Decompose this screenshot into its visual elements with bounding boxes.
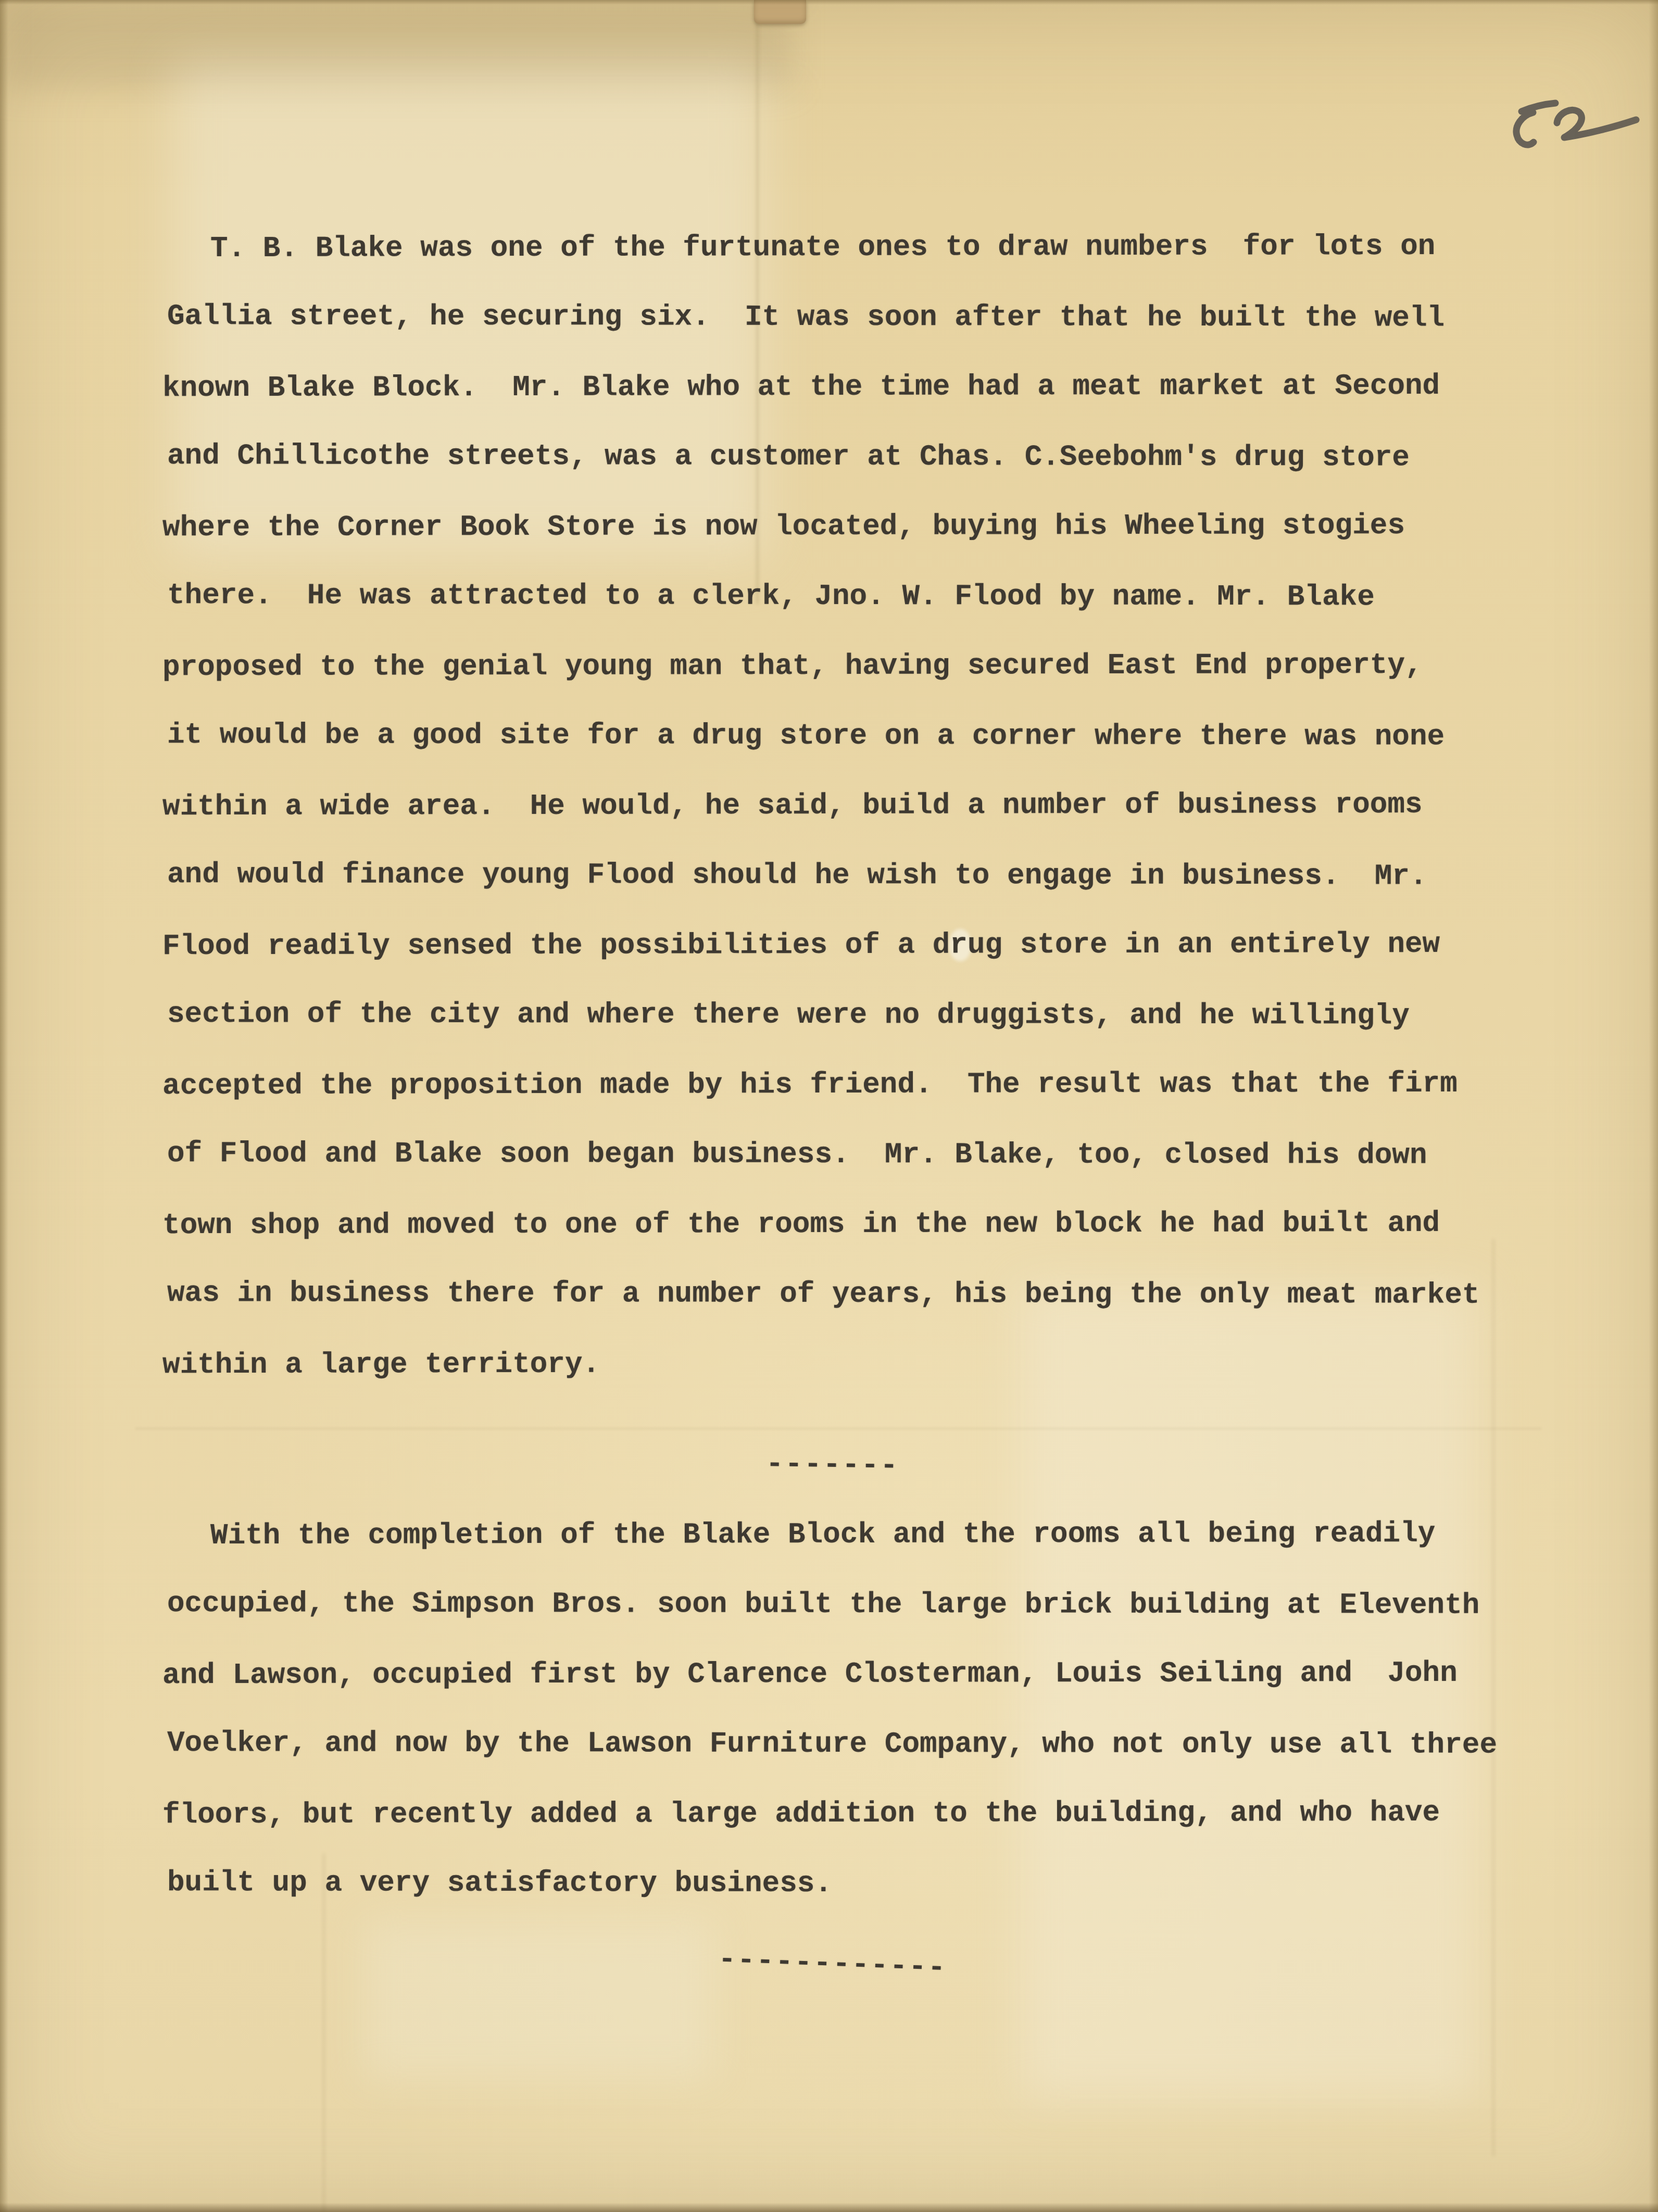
text-line: occupied, the Simpson Bros. soon built t…	[167, 1568, 1503, 1640]
text-line: Voelker, and now by the Lawson Furniture…	[167, 1708, 1503, 1780]
paper-edge-right	[1649, 0, 1658, 2212]
text-line: proposed to the genial young man that, h…	[162, 630, 1499, 702]
text-line: known Blake Block. Mr. Blake who at the …	[162, 351, 1499, 423]
text-line: accepted the proposition made by his fri…	[162, 1049, 1499, 1121]
text-line: of Flood and Blake soon began business. …	[167, 1118, 1503, 1190]
text-line: With the completion of the Blake Block a…	[162, 1499, 1499, 1570]
text-line: T. B. Blake was one of the furtunate one…	[162, 211, 1499, 283]
paper-tab	[754, 0, 806, 24]
paragraph-separator: -------	[164, 1421, 1501, 1509]
paper-edge-left	[0, 0, 8, 2212]
paper-shade-top	[0, 0, 792, 89]
end-separator: ------------	[164, 1903, 1501, 2024]
text-line: within a large territory.	[162, 1328, 1499, 1400]
text-line: and Chillicothe streets, was a customer …	[167, 421, 1503, 493]
text-line: within a wide area. He would, he said, b…	[162, 770, 1499, 841]
text-line: and Lawson, occupied first by Clarence C…	[162, 1638, 1499, 1710]
text-line: was in business there for a number of ye…	[167, 1258, 1503, 1330]
text-line: Flood readily sensed the possibilities o…	[162, 909, 1499, 981]
text-line: section of the city and where there were…	[167, 979, 1503, 1051]
text-line: floors, but recently added a large addit…	[162, 1778, 1499, 1850]
scanned-page: 52 T. B. Blake was one of the furtunate …	[0, 0, 1658, 2212]
paper-edge-bottom	[0, 2203, 1658, 2212]
text-line: built up a very satisfactory business.	[167, 1847, 1503, 1919]
text-line: town shop and moved to one of the rooms …	[162, 1188, 1499, 1260]
handwritten-page-number	[1487, 90, 1658, 173]
pencil-stroke-2	[1557, 110, 1636, 137]
text-line: it would be a good site for a drug store…	[167, 700, 1503, 772]
typewritten-text-block: T. B. Blake was one of the furtunate one…	[165, 212, 1501, 1999]
text-line: and would finance young Flood should he …	[167, 839, 1503, 911]
text-line: there. He was attracted to a clerk, Jno.…	[167, 560, 1503, 632]
text-line: Gallia street, he securing six. It was s…	[167, 281, 1503, 353]
paper-edge-top	[0, 0, 1658, 5]
text-line: where the Corner Book Store is now locat…	[162, 491, 1499, 562]
